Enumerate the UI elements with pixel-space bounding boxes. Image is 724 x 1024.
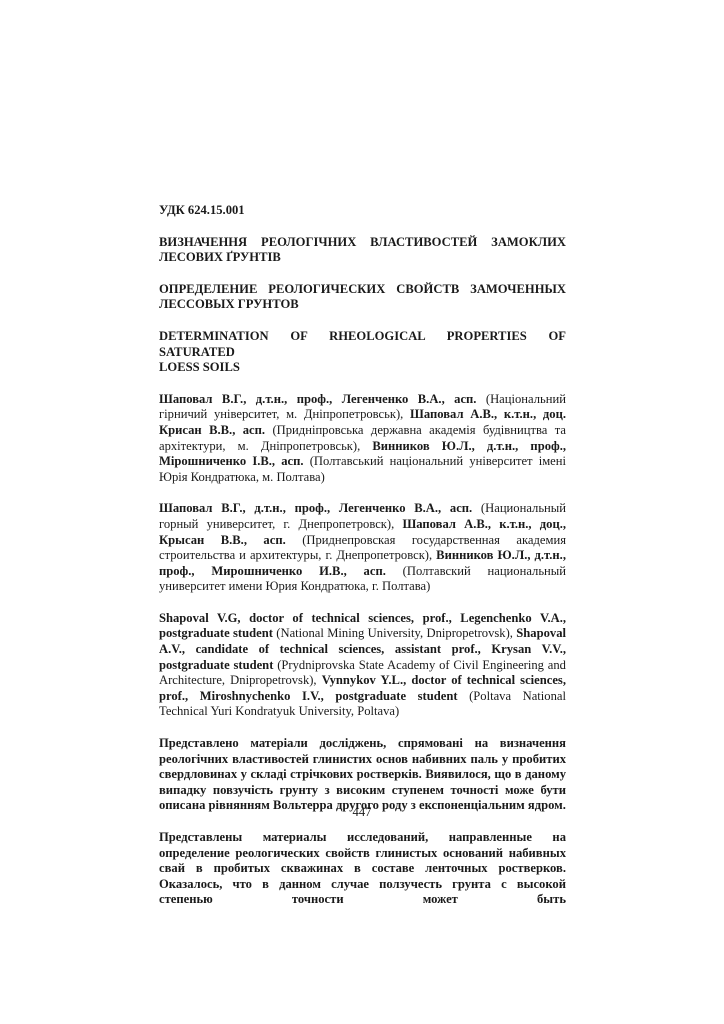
abstract-ukrainian: Представлено матеріали досліджень, спрям… (159, 736, 566, 814)
title-russian: ОПРЕДЕЛЕНИЕ РЕОЛОГИЧЕСКИХ СВОЙСТВ ЗАМОЧЕ… (159, 282, 566, 313)
udk-code: УДК 624.15.001 (159, 203, 566, 219)
abstract-russian: Представлены материалы исследований, нап… (159, 830, 566, 908)
page-number: 447 (0, 805, 724, 820)
page-body: УДК 624.15.001 ВИЗНАЧЕННЯ РЕОЛОГІЧНИХ ВЛ… (159, 203, 566, 908)
affiliation: (National Mining University, Dnipropetro… (273, 626, 516, 640)
authors-english: Shapoval V.G, doctor of technical scienc… (159, 611, 566, 720)
authors-ukrainian: Шаповал В.Г., д.т.н., проф., Легенченко … (159, 392, 566, 486)
title-ukrainian: ВИЗНАЧЕННЯ РЕОЛОГІЧНИХ ВЛАСТИВОСТЕЙ ЗАМО… (159, 235, 566, 266)
title-english: DETERMINATION OF RHEOLOGICAL PROPERTIES … (159, 329, 566, 376)
author-names: Шаповал В.Г., д.т.н., проф., Легенченко … (159, 392, 476, 406)
author-names: Шаповал В.Г., д.т.н., проф., Легенченко … (159, 501, 472, 515)
authors-russian: Шаповал В.Г., д.т.н., проф., Легенченко … (159, 501, 566, 595)
